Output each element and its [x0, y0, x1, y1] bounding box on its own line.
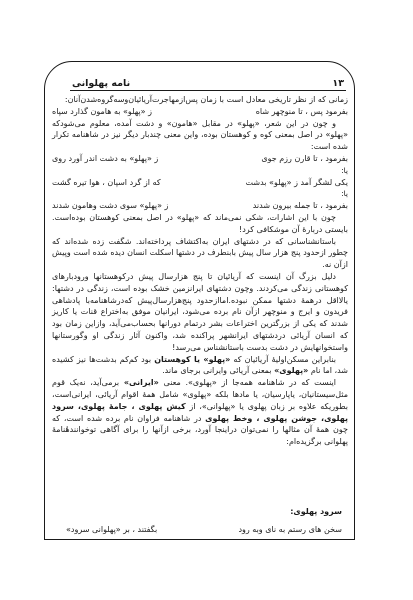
paragraph: و چون در این شعر، «پهلو» در مقابل «هامون…	[52, 118, 348, 153]
text-run: بنابراین مسکن‌اولیهٔ آریائیان که	[230, 355, 336, 364]
verse-line: بفرمود پس ، تا منوچهر شاه ز «پهلو» به ها…	[52, 106, 348, 118]
verse-hemistich-right: بفرمود پس ، تا منوچهر شاه	[256, 106, 348, 118]
verse-separator-label: یا:	[52, 165, 348, 177]
paragraph: اینست که در شاهنامه همه‌جا از «پهلوی». م…	[52, 377, 348, 448]
verse-line: بفرمود ، تا جمله بیرون شدند ز «پهلو» سوی…	[52, 200, 348, 212]
verse-hemistich-right: سخن های رستم به نای وبه رود	[238, 524, 342, 536]
page-number: ۱۳	[332, 78, 346, 90]
verse-section: سرود پهلوی: سخن های رستم به نای وبه رود …	[52, 506, 348, 536]
verse-hemistich-left: بگفتند ، بر «پهلوانی سرود»	[66, 524, 157, 536]
page-body: زمانی که از نظر تاریخی معادل است با زمان…	[52, 94, 348, 448]
running-title: نامه پهلوانی	[70, 78, 130, 90]
verse-line: بفرمود ، تا قارن رزم جوی ز «پهلو» به دشت…	[52, 153, 348, 165]
section-heading: سرود پهلوی:	[52, 506, 342, 518]
verse-hemistich-right: یکی لشگر آمد ز «پهلو» بدشت	[246, 177, 348, 189]
verse-separator-label: یا:	[52, 188, 348, 200]
verse-hemistich-left: ز «پهلو» به هامون گذارد سپاه	[52, 106, 152, 118]
verse-line: سخن های رستم به نای وبه رود بگفتند ، بر …	[52, 524, 348, 536]
bold-term: «ایرانی»	[124, 378, 159, 387]
verse-hemistich-right: بفرمود ، تا جمله بیرون شدند	[253, 200, 348, 212]
paragraph: زمانی که از نظر تاریخی معادل است با زمان…	[52, 94, 348, 106]
verse-hemistich-left: که از گرد اسپان ، هوا تیره گشت	[52, 177, 161, 189]
paragraph: دلیل بزرگ آن اینست که آریائیان تا پنج هز…	[52, 271, 348, 354]
page-header: ۱۳ نامه پهلوانی	[70, 76, 346, 91]
paragraph: چون با این اشارات، شکی نمی‌ماند که «پهلو…	[52, 212, 348, 236]
bold-term: «پهلوی»	[274, 366, 308, 375]
paragraph: بنابراین مسکن‌اولیهٔ آریائیان که «پهلو» …	[52, 354, 348, 378]
text-run: بمعنی آریائی وایرانی برجای ماند.	[162, 366, 274, 375]
verse-line: یکی لشگر آمد ز «پهلو» بدشت که از گرد اسپ…	[52, 177, 348, 189]
verse-hemistich-left: ز «پهلو» به دشت اندر آورد روی	[52, 153, 158, 165]
text-run: اینست که در شاهنامه همه‌جا از «پهلوی». م…	[159, 378, 336, 387]
paragraph: باستانشناسانی که در دشتهای ایران به‌اکتش…	[52, 236, 348, 271]
verse-hemistich-right: بفرمود ، تا قارن رزم جوی	[261, 153, 348, 165]
verse-hemistich-left: ز «پهلو» سوی دشت وهامون شدند	[52, 200, 168, 212]
bold-term: «پهلو» یا کوهستان	[154, 355, 230, 364]
